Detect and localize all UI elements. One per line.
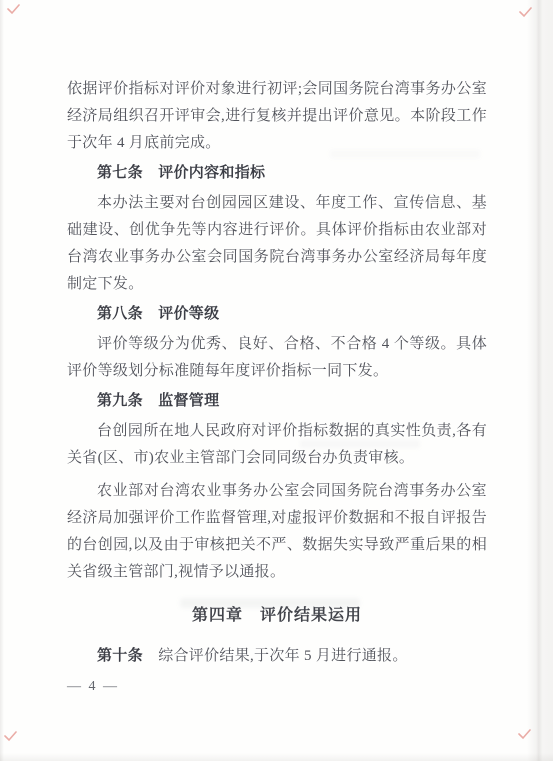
document-body: 依据评价指标对评价对象进行初评;会同国务院台湾事务办公室经济局组织召开评审会,进…: [67, 76, 487, 670]
paragraph: 台创园所在地人民政府对评价指标数据的真实性负责,各有关省(区、市)农业主管部门会…: [67, 418, 487, 472]
paragraph-text: 综合评价结果,于次年 5 月进行通报。: [143, 648, 408, 664]
page-number: — 4 —: [67, 679, 119, 695]
scanned-document-page: 依据评价指标对评价对象进行初评;会同国务院台湾事务办公室经济局组织召开评审会,进…: [0, 0, 553, 761]
scan-edge-left: [0, 0, 4, 761]
article-heading: 第八条 评价等级: [67, 301, 487, 328]
scan-edge-shadow: [527, 0, 553, 761]
article-heading: 第七条 评价内容和指标: [67, 160, 487, 187]
paragraph: 依据评价指标对评价对象进行初评;会同国务院台湾事务办公室经济局组织召开评审会,进…: [67, 76, 487, 157]
paragraph: 评价等级分为优秀、良好、合格、不合格 4 个等级。具体评价等级划分标准随每年度评…: [67, 331, 487, 385]
paragraph: 本办法主要对台创园园区建设、年度工作、宣传信息、基础建设、创优争先等内容进行评价…: [67, 190, 487, 298]
scan-edge-bottom: [0, 753, 553, 761]
article-heading: 第九条 监督管理: [67, 388, 487, 415]
red-corner-mark-icon: [7, 4, 20, 15]
red-corner-mark-icon: [4, 731, 17, 742]
red-corner-mark-icon: [519, 7, 532, 18]
paragraph: 第十条 综合评价结果,于次年 5 月进行通报。: [67, 643, 487, 670]
red-corner-mark-icon: [518, 729, 531, 740]
article-number-lead: 第十条: [97, 648, 143, 664]
chapter-heading: 第四章 评价结果运用: [67, 602, 487, 629]
paragraph: 农业部对台湾农业事务办公室会同国务院台湾事务办公室经济局加强评价工作监督管理,对…: [67, 478, 487, 586]
